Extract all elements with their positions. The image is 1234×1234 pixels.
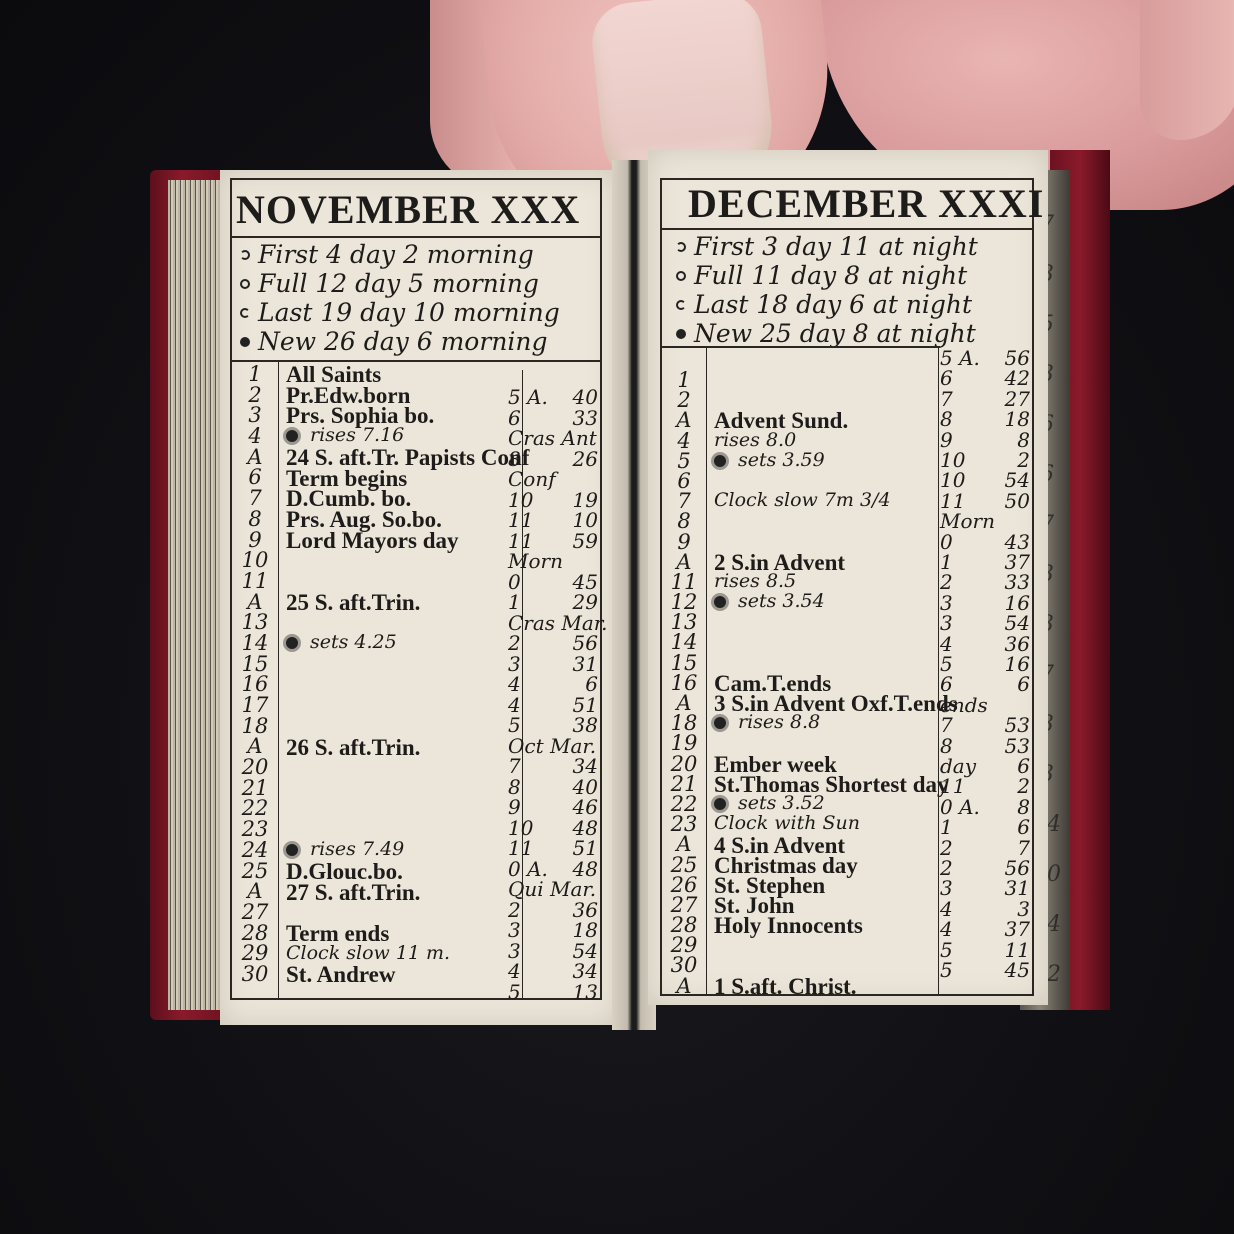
day-number: A (664, 834, 704, 854)
calendar-event: St. Andrew (286, 962, 396, 988)
day-number: 11 (664, 572, 704, 592)
first-quarter-moon-icon (240, 250, 250, 260)
day-number: 25 (664, 855, 704, 875)
calendar-event: rises 7.49 (286, 838, 404, 860)
event-text: 27 S. aft.Trin. (286, 880, 420, 905)
day-number: 12 (664, 592, 704, 612)
moon-phase-row: Last 18 day 6 at night (676, 290, 978, 319)
day-number: 9 (234, 530, 276, 551)
moonrise-minute: 59 (573, 529, 598, 553)
moonrise-minute: 45 (1005, 958, 1030, 982)
event-text: 1 S.aft. Christ. (714, 974, 856, 999)
calendar-event: rises 8.0 (714, 429, 796, 451)
sun-icon (286, 430, 298, 442)
event-text: sets 3.52 (738, 792, 825, 814)
day-number: 30 (234, 964, 276, 985)
calendar-event: sets 3.54 (714, 590, 825, 612)
day-number: 6 (664, 471, 704, 491)
event-text: St. Andrew (286, 962, 396, 987)
day-number: 22 (234, 798, 276, 819)
event-text: 25 S. aft.Trin. (286, 590, 420, 615)
moonrise-minute: 6 (1017, 672, 1030, 696)
day-number: 5 (664, 451, 704, 471)
day-column: 12A456789A111213141516A181920212223A2526… (664, 370, 704, 996)
full-moon-icon (240, 279, 250, 289)
new-moon-icon (676, 329, 686, 339)
event-text: Clock slow 7m 3/4 (714, 489, 891, 511)
event-text: rises 7.49 (310, 838, 404, 860)
day-number: 15 (234, 654, 276, 675)
event-text: sets 4.25 (310, 631, 397, 653)
calendar-event: Lord Mayors day (286, 528, 459, 554)
day-number: 17 (234, 695, 276, 716)
sun-icon (714, 717, 726, 729)
calendar-event: 27 S. aft.Trin. (286, 880, 420, 906)
day-number: 24 (234, 840, 276, 861)
moon-phase-text: First 4 day 2 morning (258, 240, 534, 269)
day-number: A (234, 881, 276, 902)
calendar-event: Clock with Sun (714, 812, 860, 834)
moon-phase-text: Full 11 day 8 at night (694, 261, 967, 290)
day-number: 21 (234, 778, 276, 799)
day-number: 19 (664, 733, 704, 753)
full-moon-icon (676, 271, 686, 281)
day-number: 1 (664, 370, 704, 390)
day-number: 27 (234, 902, 276, 923)
day-number: 22 (664, 794, 704, 814)
divider (230, 236, 602, 238)
day-number: 11 (234, 571, 276, 592)
page-title: NOVEMBER XXX (236, 186, 580, 233)
column-rule (706, 346, 707, 996)
day-number: 20 (664, 754, 704, 774)
event-text: rises 7.16 (310, 424, 404, 446)
moonrise-hour: 5 (508, 980, 521, 1004)
day-number: 8 (234, 509, 276, 530)
day-number: 16 (664, 673, 704, 693)
moon-phase-text: Full 12 day 5 morning (258, 269, 539, 298)
new-moon-icon (240, 337, 250, 347)
moon-phase-row: First 4 day 2 morning (240, 240, 560, 269)
day-number: 16 (234, 674, 276, 695)
moon-phases: First 4 day 2 morningFull 12 day 5 morni… (240, 240, 560, 356)
day-number: 25 (234, 861, 276, 882)
sun-icon (286, 844, 298, 856)
calendar-event: rises 7.16 (286, 424, 404, 446)
day-number: 13 (234, 612, 276, 633)
day-column: 1234A67891011A131415161718A202122232425A… (234, 364, 276, 985)
event-text: Holy Innocents (714, 913, 863, 938)
moon-phase-text: Last 19 day 10 morning (258, 298, 560, 327)
moonrise-column: 5 A.566427278189810210541150Morn04313723… (940, 346, 1030, 986)
day-number: A (234, 592, 276, 613)
moon-phase-row: New 26 day 6 morning (240, 327, 560, 356)
day-number: 23 (664, 814, 704, 834)
moon-phase-text: New 26 day 6 morning (258, 327, 548, 356)
day-number: 4 (234, 426, 276, 447)
first-quarter-moon-icon (676, 242, 686, 252)
day-number: A (664, 693, 704, 713)
moonrise-hour: 5 (940, 958, 953, 982)
day-number: A (234, 447, 276, 468)
day-number: 4 (664, 431, 704, 451)
event-text: rises 8.8 (738, 711, 820, 733)
day-number: 13 (664, 612, 704, 632)
day-number: 20 (234, 757, 276, 778)
moon-phase-text: Last 18 day 6 at night (694, 290, 972, 319)
moonrise-minute: 50 (1005, 489, 1030, 513)
day-number: 29 (234, 943, 276, 964)
calendar-event: sets 3.52 (714, 792, 825, 814)
day-number: A (664, 976, 704, 996)
column-rule (278, 360, 279, 1000)
day-number: 2 (234, 385, 276, 406)
miniature-almanac: 73536673373324101412 NOVEMBER XXX First … (150, 150, 1110, 1030)
event-text: 26 S. aft.Trin. (286, 735, 420, 760)
last-quarter-moon-icon (676, 300, 686, 310)
day-number: 8 (664, 511, 704, 531)
divider (660, 346, 940, 348)
calendar-event: Holy Innocents (714, 913, 863, 939)
divider (660, 228, 1034, 230)
day-number: 18 (664, 713, 704, 733)
event-text: sets 3.54 (738, 590, 825, 612)
moon-phase-row: Last 19 day 10 morning (240, 298, 560, 327)
day-number: 15 (664, 653, 704, 673)
calendar-event: sets 3.59 (714, 449, 825, 471)
day-number: 14 (234, 633, 276, 654)
event-text: Lord Mayors day (286, 528, 459, 553)
event-text: Clock slow 11 m. (286, 942, 450, 964)
calendar-event: sets 4.25 (286, 631, 397, 653)
moon-phase-row: Full 12 day 5 morning (240, 269, 560, 298)
day-number: 21 (664, 774, 704, 794)
event-text: rises 8.5 (714, 570, 796, 592)
day-number: 28 (664, 915, 704, 935)
moon-phase-row: First 3 day 11 at night (676, 232, 978, 261)
moon-phases: First 3 day 11 at nightFull 11 day 8 at … (676, 232, 978, 348)
day-number: A (664, 552, 704, 572)
event-text: rises 8.0 (714, 429, 796, 451)
moon-phase-text: New 25 day 8 at night (694, 319, 976, 348)
calendar-event: 25 S. aft.Trin. (286, 590, 420, 616)
day-number: 29 (664, 935, 704, 955)
moonrise-column: 5 A.40633Cras Ant826Conf101911101159Morn… (508, 385, 598, 1005)
event-text: sets 3.59 (738, 449, 825, 471)
day-number: A (664, 410, 704, 430)
page-december[interactable]: DECEMBER XXXI First 3 day 11 at nightFul… (648, 150, 1048, 1005)
moonrise-minute: 26 (573, 447, 598, 471)
day-number: 1 (234, 364, 276, 385)
day-number: 7 (234, 488, 276, 509)
page-title: DECEMBER XXXI (688, 180, 1044, 227)
moon-phase-text: First 3 day 11 at night (694, 232, 978, 261)
calendar-event: 26 S. aft.Trin. (286, 735, 420, 761)
event-text: Clock with Sun (714, 812, 860, 834)
day-number: 27 (664, 895, 704, 915)
calendar-event: rises 8.5 (714, 570, 796, 592)
last-quarter-moon-icon (240, 308, 250, 318)
day-number: 28 (234, 923, 276, 944)
sun-icon (286, 637, 298, 649)
day-number: 30 (664, 955, 704, 975)
day-number: 7 (664, 491, 704, 511)
day-number: 2 (664, 390, 704, 410)
sun-icon (714, 798, 726, 810)
page-november[interactable]: NOVEMBER XXX First 4 day 2 morningFull 1… (220, 170, 618, 1025)
day-number: 23 (234, 819, 276, 840)
day-number: 10 (234, 550, 276, 571)
calendar-event: Clock slow 11 m. (286, 942, 450, 964)
moonrise-minute: 13 (573, 980, 598, 1004)
day-number: 14 (664, 632, 704, 652)
calendar-event: 1 S.aft. Christ. (714, 974, 856, 1000)
sun-icon (714, 596, 726, 608)
day-number: 26 (664, 875, 704, 895)
moon-phase-row: Full 11 day 8 at night (676, 261, 978, 290)
sun-icon (714, 455, 726, 467)
day-number: 18 (234, 716, 276, 737)
moon-phase-row: New 25 day 8 at night (676, 319, 978, 348)
day-number: A (234, 736, 276, 757)
day-number: 6 (234, 467, 276, 488)
calendar-event: rises 8.8 (714, 711, 820, 733)
calendar-event: Clock slow 7m 3/4 (714, 489, 891, 511)
day-number: 3 (234, 405, 276, 426)
day-number: 9 (664, 532, 704, 552)
other-finger (1140, 0, 1234, 140)
